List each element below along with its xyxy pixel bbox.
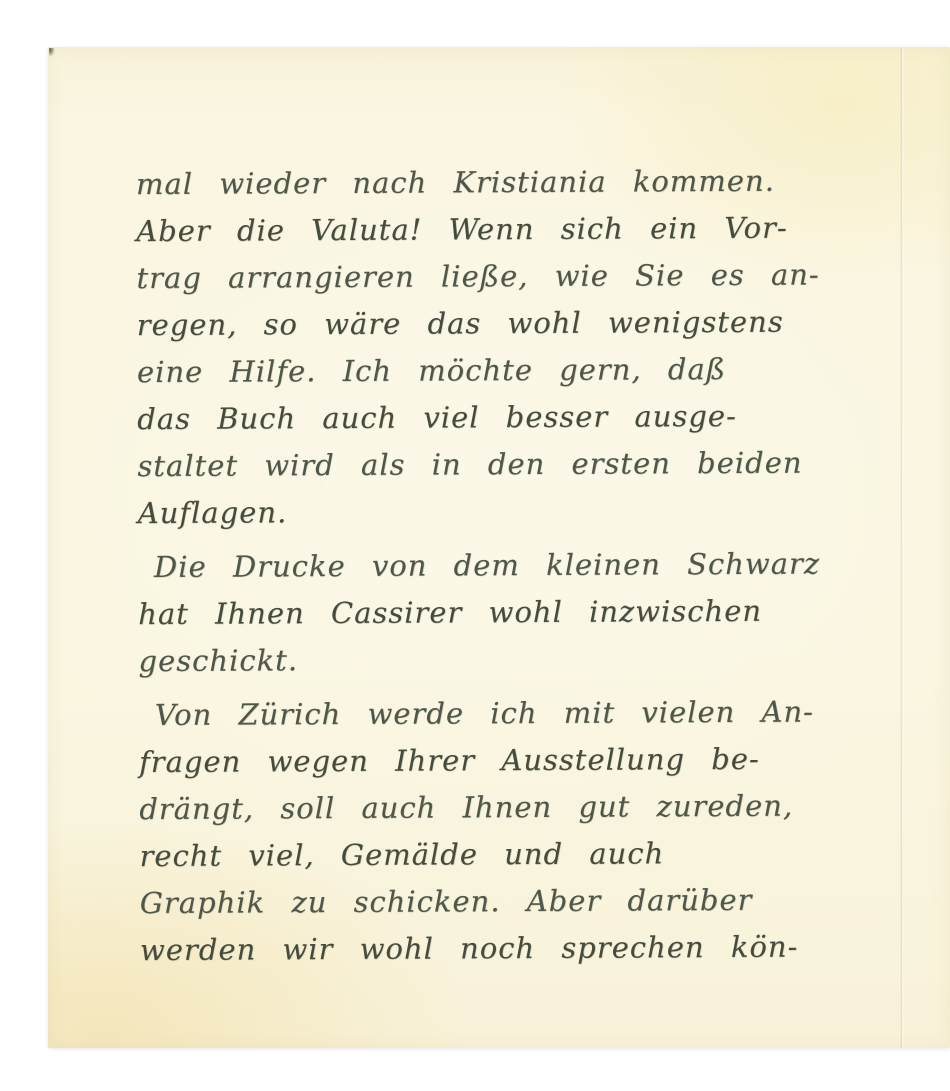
handwritten-line: Aber die Valuta! Wenn sich ein Vor- <box>136 204 926 255</box>
handwritten-line: recht viel, Gemälde und auch <box>139 829 929 880</box>
paragraph: Von Zürich werde ich mit vielen An-frage… <box>139 688 930 974</box>
handwritten-line: Auflagen. <box>138 486 928 537</box>
handwritten-line: fragen wegen Ihrer Ausstellung be- <box>139 735 929 786</box>
handwritten-line: das Buch auch viel besser ausge- <box>137 392 927 443</box>
handwritten-line: Von Zürich werde ich mit vielen An- <box>139 688 929 739</box>
handwritten-line: drängt, soll auch Ihnen gut zureden, <box>139 782 929 833</box>
handwritten-line: mal wieder nach Kristiania kommen. <box>136 157 926 208</box>
letter-scan: mal wieder nach Kristiania kommen.Aber d… <box>0 0 950 1091</box>
handwritten-line: Graphik zu schicken. Aber darüber <box>140 876 930 927</box>
handwritten-line: werden wir wohl noch sprechen kön- <box>140 923 930 974</box>
paragraph: Die Drucke von dem kleinen Schwarzhat Ih… <box>138 540 929 685</box>
paragraph: mal wieder nach Kristiania kommen.Aber d… <box>136 157 928 537</box>
handwritten-line: staltet wird als in den ersten beiden <box>137 439 927 490</box>
handwritten-line: Die Drucke von dem kleinen Schwarz <box>138 540 928 591</box>
letter-paper: mal wieder nach Kristiania kommen.Aber d… <box>48 47 950 1048</box>
handwritten-line: trag arrangieren ließe, wie Sie es an- <box>136 251 926 302</box>
handwritten-line: regen, so wäre das wohl wenigstens <box>137 298 927 349</box>
handwritten-text: mal wieder nach Kristiania kommen.Aber d… <box>136 157 930 974</box>
paper-corner-mark <box>49 48 55 57</box>
handwritten-line: hat Ihnen Cassirer wohl inzwischen <box>138 587 928 638</box>
handwritten-line: eine Hilfe. Ich möchte gern, daß <box>137 345 927 396</box>
handwritten-line: geschickt. <box>138 634 928 685</box>
